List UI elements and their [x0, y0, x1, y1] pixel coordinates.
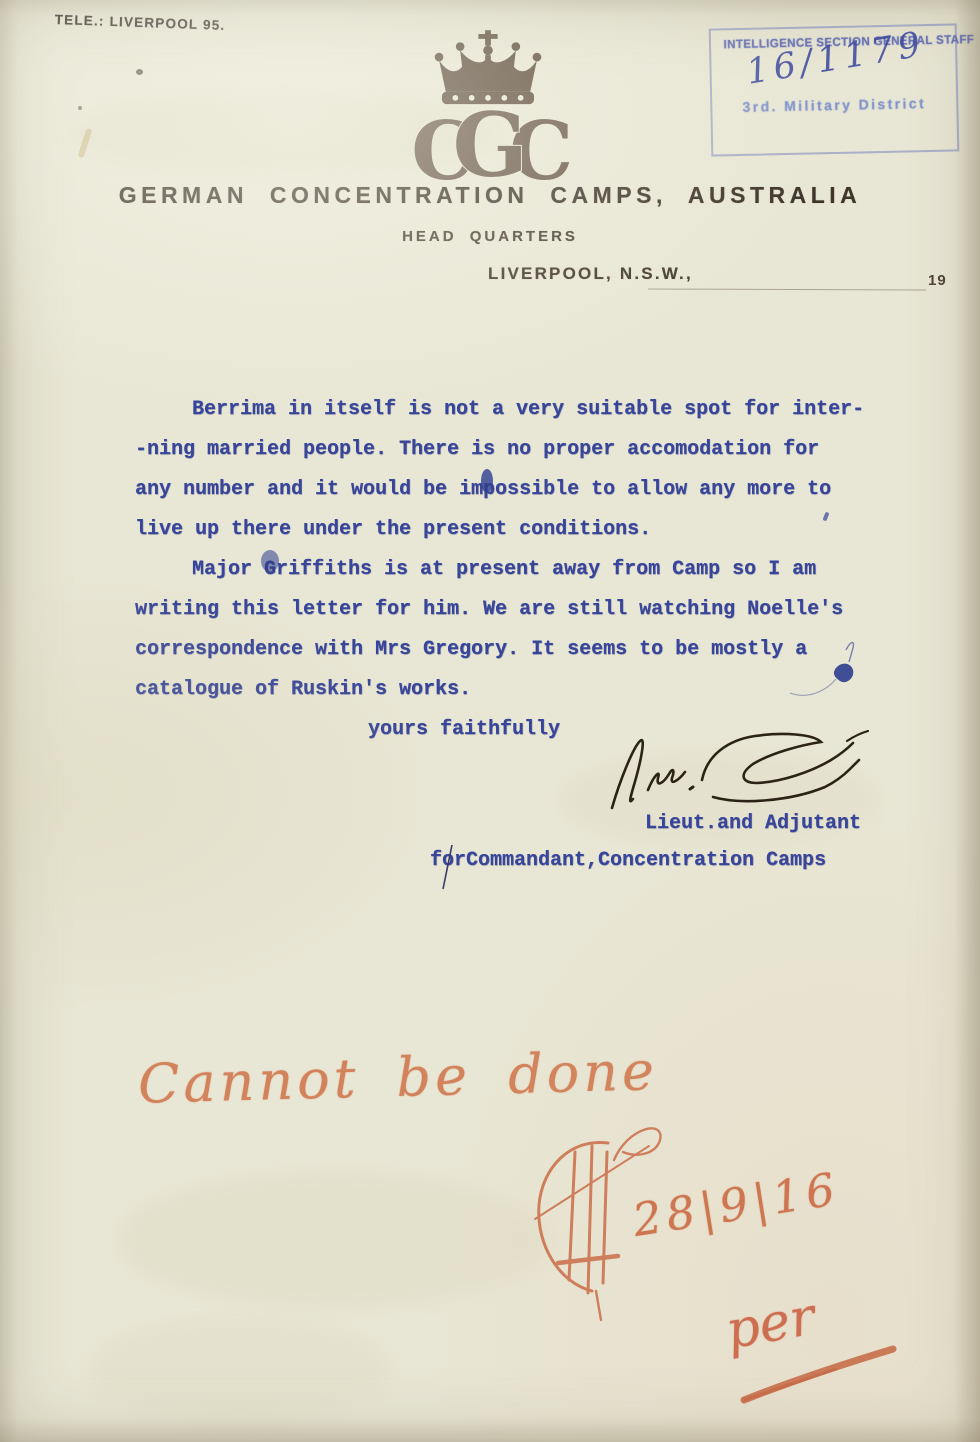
letter-body-line: correspondence with Mrs Gregory. It seem… — [135, 630, 895, 670]
letter-body-line: writing this letter for him. We are stil… — [135, 590, 895, 630]
stamp-handwritten-number: 16/1179 — [744, 22, 946, 93]
year-prefix: 19 — [928, 272, 947, 289]
letter-body-line: Major Griffiths is at present away from … — [135, 550, 895, 590]
intelligence-stamp: INTELLIGENCE SECTION GENERAL STAFF 16/11… — [709, 23, 960, 156]
red-annotation-per: per — [721, 1287, 819, 1362]
cypher-letters: C C G — [411, 93, 573, 184]
letter-body-line: Berrima in itself is not a very suitable… — [135, 390, 895, 430]
bleed-through-smudge — [90, 1320, 390, 1420]
bleed-through-smudge — [120, 1175, 550, 1305]
red-annotation-date: 28|9|16 — [629, 1162, 843, 1247]
signatory-capacity: forCommandant,Concentration Camps — [430, 849, 826, 872]
paper-speck — [78, 106, 82, 110]
closing-line: yours faithfully — [368, 710, 895, 750]
stamp-district: 3rd. Military District — [720, 95, 948, 116]
telephone-line: TELE.: LIVERPOOL 95. — [54, 12, 225, 33]
letter-scan-page: TELE.: LIVERPOOL 95. INTELLIGENCE SECTIO… — [0, 0, 980, 1442]
paper-stain — [78, 128, 93, 158]
date-rule-line — [648, 289, 926, 291]
place-line: LIVERPOOL, N.S.W., — [488, 264, 693, 284]
signatory-title: Lieut.and Adjutant — [645, 812, 861, 835]
red-underline-stroke-taper — [744, 1369, 836, 1400]
cypher-letter-g-center: G — [452, 93, 527, 184]
red-underline-stroke — [744, 1349, 893, 1400]
headquarters-label: HEAD QUARTERS — [0, 228, 980, 245]
gcc-royal-cypher-icon: C C G — [392, 30, 584, 184]
paper-speck — [136, 69, 143, 75]
letter-body-line: -ning married people. There is no proper… — [135, 430, 895, 470]
letter-body: Berrima in itself is not a very suitable… — [135, 390, 895, 750]
red-annotation-note: Cannot be done — [137, 1039, 658, 1116]
letter-body-line: catalogue of Ruskin's works. — [135, 670, 895, 710]
letter-body-line: any number and it would be impossible to… — [135, 470, 895, 510]
letter-body-line: live up there under the present conditio… — [135, 510, 895, 550]
organisation-name: GERMAN CONCENTRATION CAMPS, AUSTRALIA — [0, 182, 980, 209]
